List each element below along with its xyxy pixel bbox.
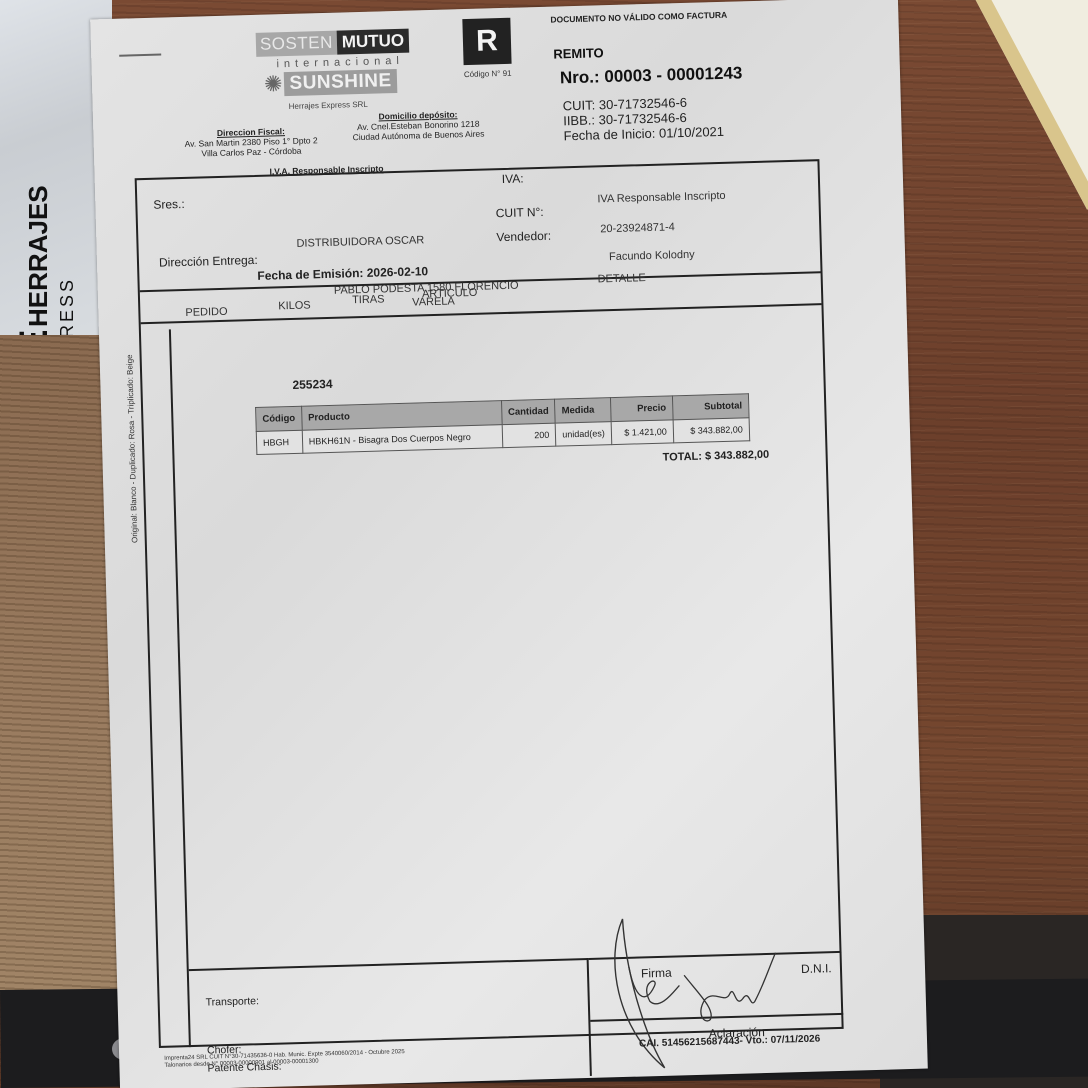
column-tiras: TIRAS — [352, 293, 385, 306]
cuit-label: CUIT N°: — [496, 205, 544, 220]
sun-icon: ✺ — [264, 73, 283, 96]
column-pedido: PEDIDO — [185, 306, 228, 319]
sres-value: DISTRIBUIDORA OSCAR — [296, 234, 424, 250]
logo-mutuo-text: MUTUO — [337, 29, 410, 55]
copy-color-note: Original: Blanco - Duplicado: Rosa - Tri… — [123, 283, 139, 543]
direccion-label: Dirección Entrega: — [159, 253, 258, 270]
sosten-mutuo-logo: SOSTEN MUTUO — [256, 29, 410, 57]
header-precio: Precio — [610, 396, 673, 422]
transport-box: Transporte: Chofer: Patente Chasis: — [189, 958, 592, 1087]
cell-codigo: HBGH — [256, 430, 302, 454]
document-number: Nro.: 00003 - 00001243 — [560, 63, 743, 88]
iva-value: IVA Responsable Inscripto — [597, 190, 725, 206]
cell-producto: HBKH61N - Bisagra Dos Cuerpos Negro — [302, 425, 503, 454]
logo-sunshine-text: SUNSHINE — [284, 69, 397, 96]
fiscal-address: Direccion Fiscal: Av. San Martin 2380 Pi… — [163, 125, 339, 160]
logo-tagline: internacional — [276, 55, 404, 71]
header-medida: Medida — [555, 398, 611, 424]
document-type: REMITO — [553, 45, 604, 61]
iva-label: IVA: — [502, 171, 524, 186]
dni-label: D.N.I. — [801, 961, 832, 976]
logo-sosten-text: SOSTEN — [256, 31, 338, 57]
document-frame: Sres.: IVA: IVA Responsable Inscripto CU… — [135, 159, 844, 1048]
column-detalle: DETALLE — [597, 272, 645, 285]
document-letter-badge: R — [462, 18, 511, 65]
sres-label: Sres.: — [153, 197, 185, 212]
cell-medida: unidad(es) — [556, 422, 612, 447]
header-cantidad: Cantidad — [501, 399, 555, 424]
company-name: Herrajes Express SRL — [289, 100, 368, 111]
column-articulo: ARTICULO — [422, 287, 478, 301]
cell-subtotal: $ 343.882,00 — [673, 418, 750, 443]
column-kilos: KILOS — [278, 299, 311, 312]
vendedor-value: Facundo Kolodny — [609, 249, 695, 263]
pedido-number: 255234 — [292, 377, 332, 392]
vendedor-label: Vendedor: — [496, 229, 551, 245]
cuit-value: 20-23924871-4 — [600, 221, 675, 235]
handwritten-signature — [602, 912, 791, 1072]
remito-document: SOSTEN MUTUO internacional ✺ SUNSHINE He… — [90, 0, 928, 1088]
header-codigo: Código — [256, 406, 302, 431]
start-date: Fecha de Inicio: 01/10/2021 — [563, 124, 724, 143]
sunshine-logo: ✺ SUNSHINE — [264, 69, 397, 97]
paper-mark — [119, 54, 161, 57]
cell-precio: $ 1.421,00 — [611, 420, 674, 445]
warehouse-address: Domicilio depósito: Av. Cnel.Esteban Bon… — [333, 108, 504, 143]
bag-brand: HERRAJES — [23, 185, 53, 327]
cell-cantidad: 200 — [502, 423, 556, 447]
fecha-emision: Fecha de Emisión: 2026-02-10 — [257, 264, 428, 283]
bag-sub: EXPRESS — [57, 277, 77, 335]
header-subtotal: Subtotal — [672, 394, 749, 420]
document-code: Código N° 91 — [464, 69, 512, 79]
invalid-notice: DOCUMENTO NO VÁLIDO COMO FACTURA — [550, 10, 727, 25]
bag-label: HE HERRAJES EXPRESS — [12, 83, 78, 335]
transporte-label: Transporte: — [206, 995, 260, 1008]
bag-logo: HE — [12, 331, 56, 335]
